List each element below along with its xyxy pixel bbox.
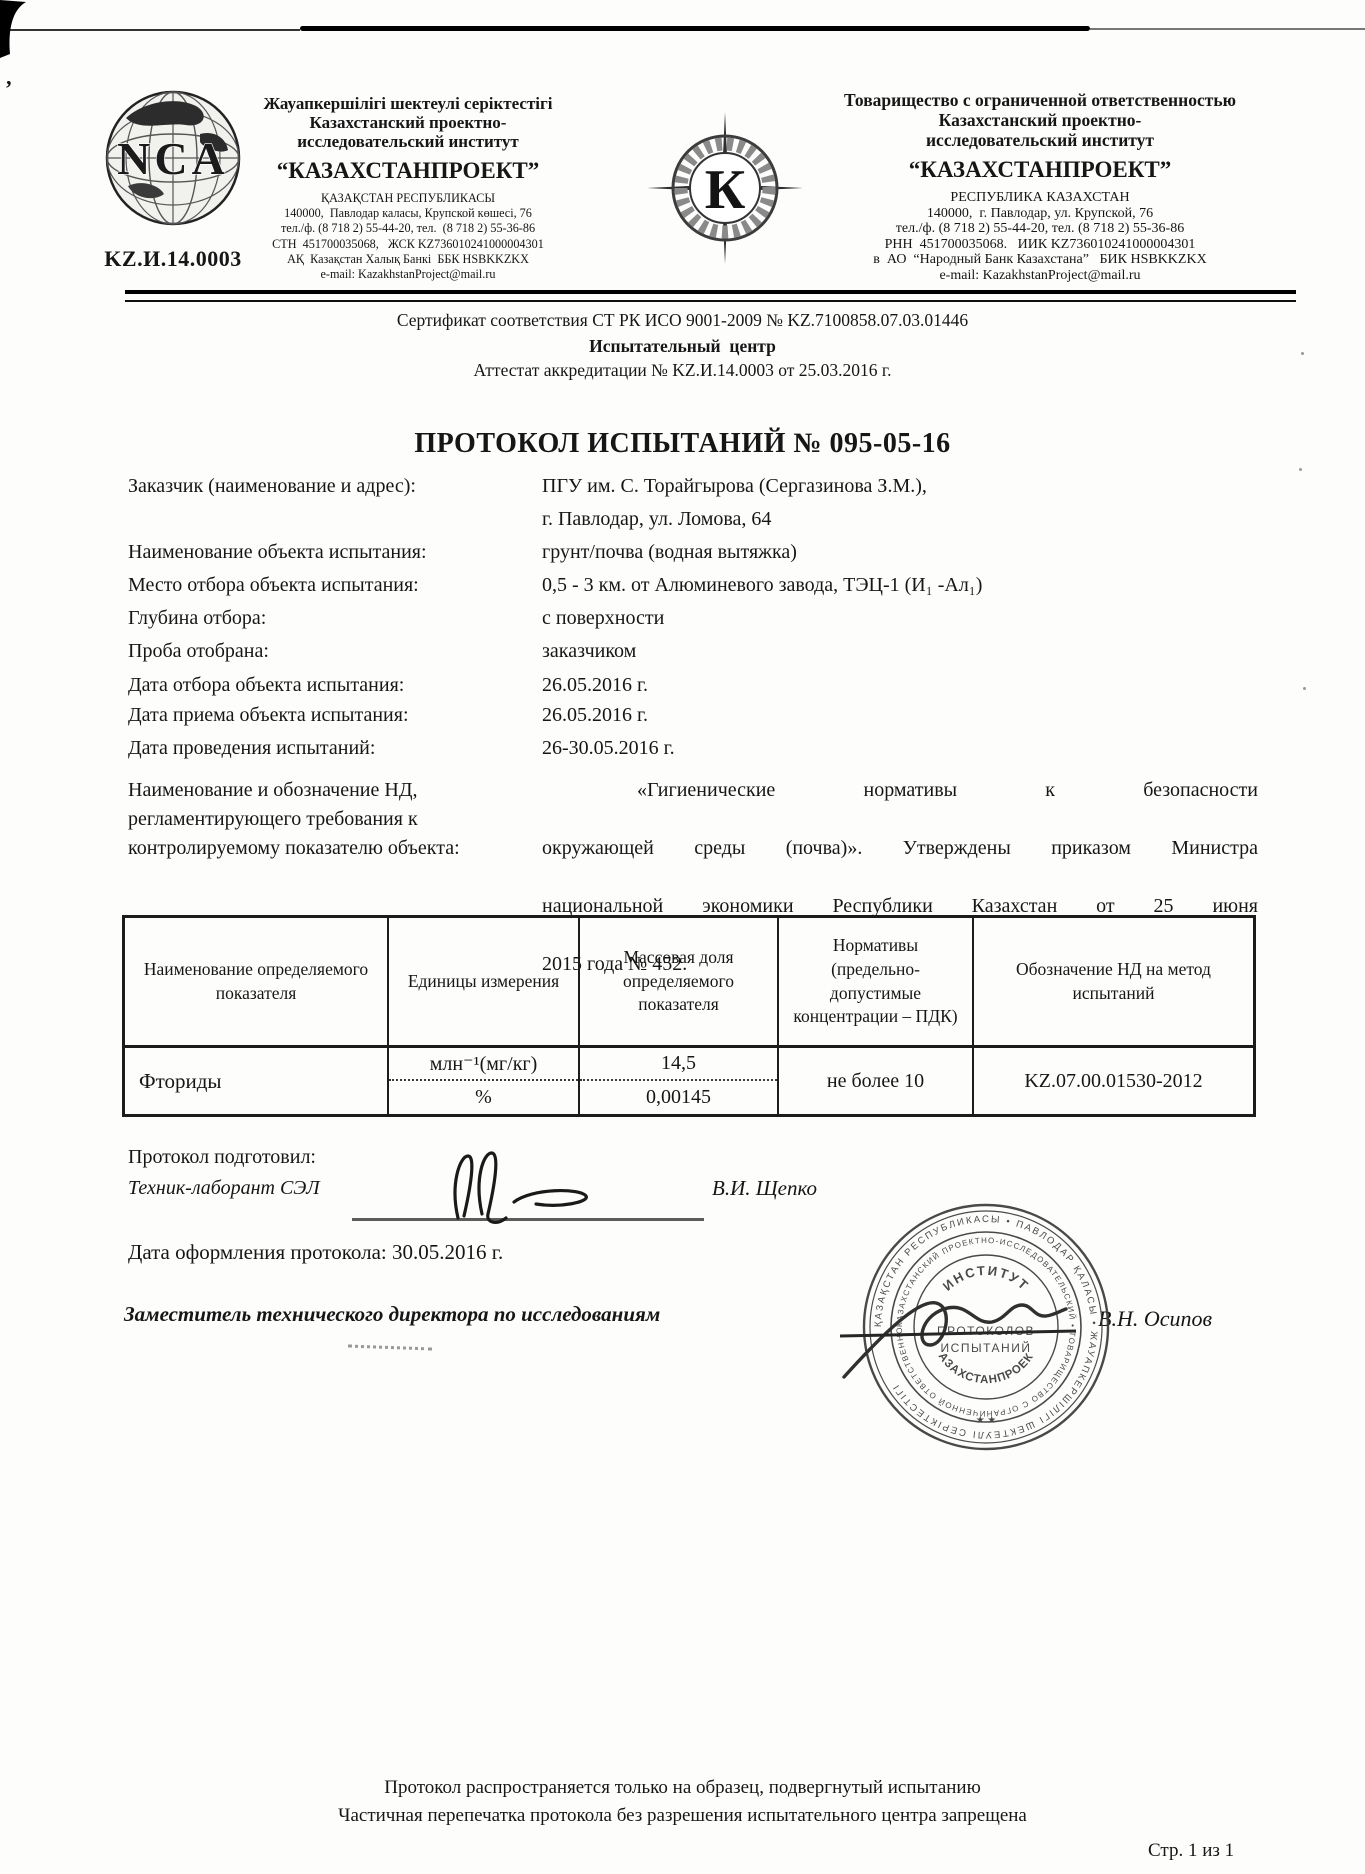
field-row-testing-dates: Дата проведения испытаний: 26-30.05.2016… (128, 732, 1258, 776)
footer-disclaimer-line: Частичная перепечатка протокола без разр… (0, 1805, 1365, 1827)
col-header-method: Обозначение НД на метод испытаний (974, 918, 1253, 1048)
results-table-header: Наименование определяемого показателя Ед… (125, 918, 1253, 1048)
field-label: Наименование объекта испытания: (128, 536, 542, 569)
nca-globe-logo: NCA (88, 84, 258, 242)
field-value: заказчиком (542, 635, 1258, 669)
org-detail-line: ҚАЗАҚСТАН РЕСПУБЛИКАСЫ (251, 191, 565, 206)
protocol-fields: Заказчик (наименование и адрес): ПГУ им.… (128, 470, 1258, 979)
org-detail-line: РНН 451700035068. ИИК KZ7360102410000043… (798, 237, 1282, 253)
field-label: Проба отобрана: (128, 635, 542, 669)
page-number: Стр. 1 из 1 (1148, 1840, 1234, 1862)
testing-center-line: Испытательный центр (0, 336, 1365, 357)
field-value-line: ПГУ им. С. Торайгырова (Сергазинова З.М.… (542, 470, 1258, 503)
field-label: Дата приема объекта испытания: (128, 699, 542, 732)
scanned-protocol-page: ʼ NCA KZ.И.14.0003 Жауапкершілігі шектеу… (0, 0, 1365, 1874)
results-table: Наименование определяемого показателя Ед… (122, 915, 1256, 1117)
field-label: Место отбора объекта испытания: (128, 569, 542, 602)
compass-k-logo: К (643, 110, 807, 266)
field-value: 0,5 - 3 км. от Алюминевого завода, ТЭЦ-1… (542, 569, 1258, 602)
header-divider-rule (125, 300, 1296, 302)
header-divider-rule (125, 290, 1296, 294)
org-contact-details: ҚАЗАҚСТАН РЕСПУБЛИКАСЫ 140000, Павлодар … (251, 191, 565, 282)
technician-signature-scribble (420, 1144, 610, 1230)
cell-value-secondary: 0,00145 (580, 1081, 777, 1114)
protocol-title: ПРОТОКОЛ ИСПЫТАНИЙ № 095-05-16 (0, 428, 1365, 460)
prepared-by-name: В.И. Щепко (712, 1176, 817, 1201)
org-detail-line: СТН 451700035068, ЖСК KZ7360102410000043… (251, 237, 565, 252)
field-value: 26.05.2016 г. (542, 699, 1258, 732)
org-block-kazakh: Жауапкершілігі шектеулі серіктестігі Каз… (251, 94, 565, 282)
field-value: 26-30.05.2016 г. (542, 732, 1258, 776)
field-row-customer: Заказчик (наименование и адрес): ПГУ им.… (128, 470, 1258, 536)
field-value: ПГУ им. С. Торайгырова (Сергазинова З.М.… (542, 470, 1258, 536)
field-value: грунт/почва (водная вытяжка) (542, 536, 1258, 569)
org-detail-line: АҚ Казақстан Халық Банкі ББК HSBKKZKX (251, 252, 565, 267)
field-row-sampling-place: Место отбора объекта испытания: 0,5 - 3 … (128, 569, 1258, 602)
org-type-line: Товарищество с ограниченной ответственно… (798, 90, 1282, 110)
org-detail-line: e-mail: KazakhstanProject@mail.ru (251, 267, 565, 282)
field-value-line: г. Павлодар, ул. Ломова, 64 (542, 503, 1258, 536)
org-brand-name: “КАЗАХСТАНПРОЕКТ” (798, 155, 1282, 185)
field-row-sampling-date: Дата отбора объекта испытания: 26.05.201… (128, 669, 1258, 699)
field-row-sampled-by: Проба отобрана: заказчиком (128, 635, 1258, 669)
org-block-russian: Товарищество с ограниченной ответственно… (798, 90, 1282, 284)
footer-disclaimer-line: Протокол распространяется только на обра… (0, 1777, 1365, 1799)
org-detail-line: тел./ф. (8 718 2) 55-44-20, тел. (8 718 … (798, 221, 1282, 237)
cell-indicator-name: Фториды (125, 1048, 389, 1114)
cell-units: млн⁻¹(мг/кг) % (389, 1048, 580, 1114)
table-row: Фториды млн⁻¹(мг/кг) % 14,5 0,00145 не б… (125, 1048, 1253, 1114)
col-header-indicator-name: Наименование определяемого показателя (125, 918, 389, 1048)
org-detail-line: в АО “Народный Банк Казахстана” БИК HSBK… (798, 252, 1282, 268)
scan-dot-artifact (1303, 687, 1306, 690)
page-corner-curl-artifact (0, 0, 34, 62)
org-name-line: исследовательский институт (251, 132, 565, 151)
scan-line-artifact (0, 29, 300, 31)
field-value: с поверхности (542, 602, 1258, 635)
field-row-object-name: Наименование объекта испытания: грунт/по… (128, 536, 1258, 569)
accreditation-line: Аттестат аккредитации № KZ.И.14.0003 от … (0, 360, 1365, 381)
cell-values: 14,5 0,00145 (580, 1048, 779, 1114)
col-header-norm: Нормативы (предельно-допустимые концентр… (779, 918, 974, 1048)
certificate-line: Сертификат соответствия СТ РК ИСО 9001-2… (0, 310, 1365, 331)
field-row-sampling-depth: Глубина отбора: с поверхности (128, 602, 1258, 635)
col-header-mass-fraction: Массовая доля определяемого показателя (580, 918, 779, 1048)
org-detail-line: тел./ф. (8 718 2) 55-44-20, тел. (8 718 … (251, 221, 565, 236)
scan-line-artifact (1090, 28, 1365, 30)
col-header-units: Единицы измерения (389, 918, 580, 1048)
stamp-stars: ★ ★ (976, 1415, 996, 1426)
stamp-center-word-tests: ИСПЫТАНИЙ (941, 1340, 1032, 1355)
scan-speck-artifact: ʼ (5, 76, 12, 102)
cell-value-primary: 14,5 (580, 1048, 777, 1081)
org-name-line: Казахстанский проектно- (251, 113, 565, 132)
field-row-receiving-date: Дата приема объекта испытания: 26.05.201… (128, 699, 1258, 732)
field-label: Глубина отбора: (128, 602, 542, 635)
org-detail-line: e-mail: KazakhstanProject@mail.ru (798, 268, 1282, 284)
cell-norm: не более 10 (779, 1048, 974, 1114)
deputy-director-role: Заместитель технического директора по ис… (124, 1302, 660, 1327)
org-name-line: Казахстанский проектно- (798, 110, 1282, 130)
org-detail-line: 140000, г. Павлодар, ул. Крупской, 76 (798, 206, 1282, 222)
round-institute-stamp: ҚАЗАҚСТАН РЕСПУБЛИКАСЫ • ПАВЛОДАР ҚАЛАСЫ… (820, 1195, 1152, 1463)
field-value-line: «Гигиенические нормативы к безопасности (542, 776, 1258, 834)
org-name-line: исследовательский институт (798, 130, 1282, 150)
cell-unit-secondary: % (389, 1081, 578, 1114)
cell-method: KZ.07.00.01530-2012 (974, 1048, 1253, 1114)
field-value-line: окружающей среды (почва)». Утверждены пр… (542, 834, 1258, 892)
protocol-date-line: Дата оформления протокола: 30.05.2016 г. (128, 1240, 503, 1265)
field-label: Заказчик (наименование и адрес): (128, 470, 542, 536)
stamp-center-word-institute: ИНСТИТУТ (940, 1263, 1032, 1294)
accreditation-reg-number: KZ.И.14.0003 (80, 246, 266, 272)
compass-center-letter: К (705, 159, 746, 221)
org-detail-line: 140000, Павлодар каласы, Крупской көшесі… (251, 206, 565, 221)
scan-dot-artifact (1299, 468, 1302, 471)
field-value: 26.05.2016 г. (542, 669, 1258, 702)
field-label: Дата отбора объекта испытания: (128, 669, 542, 702)
org-detail-line: РЕСПУБЛИКА КАЗАХСТАН (798, 190, 1282, 206)
prepared-by-label: Протокол подготовил: (128, 1146, 316, 1169)
nca-logo-letters: NCA (117, 133, 229, 184)
scan-line-artifact (300, 26, 1090, 31)
ink-smudge-artifact (348, 1345, 432, 1351)
field-label: Дата проведения испытаний: (128, 732, 542, 776)
prepared-by-role: Техник-лаборант СЭЛ (128, 1177, 320, 1200)
cell-unit-primary: млн⁻¹(мг/кг) (389, 1048, 578, 1081)
org-type-line: Жауапкершілігі шектеулі серіктестігі (251, 94, 565, 113)
org-contact-details: РЕСПУБЛИКА КАЗАХСТАН 140000, г. Павлодар… (798, 190, 1282, 284)
org-brand-name: “КАЗАХСТАНПРОЕКТ” (251, 156, 565, 186)
